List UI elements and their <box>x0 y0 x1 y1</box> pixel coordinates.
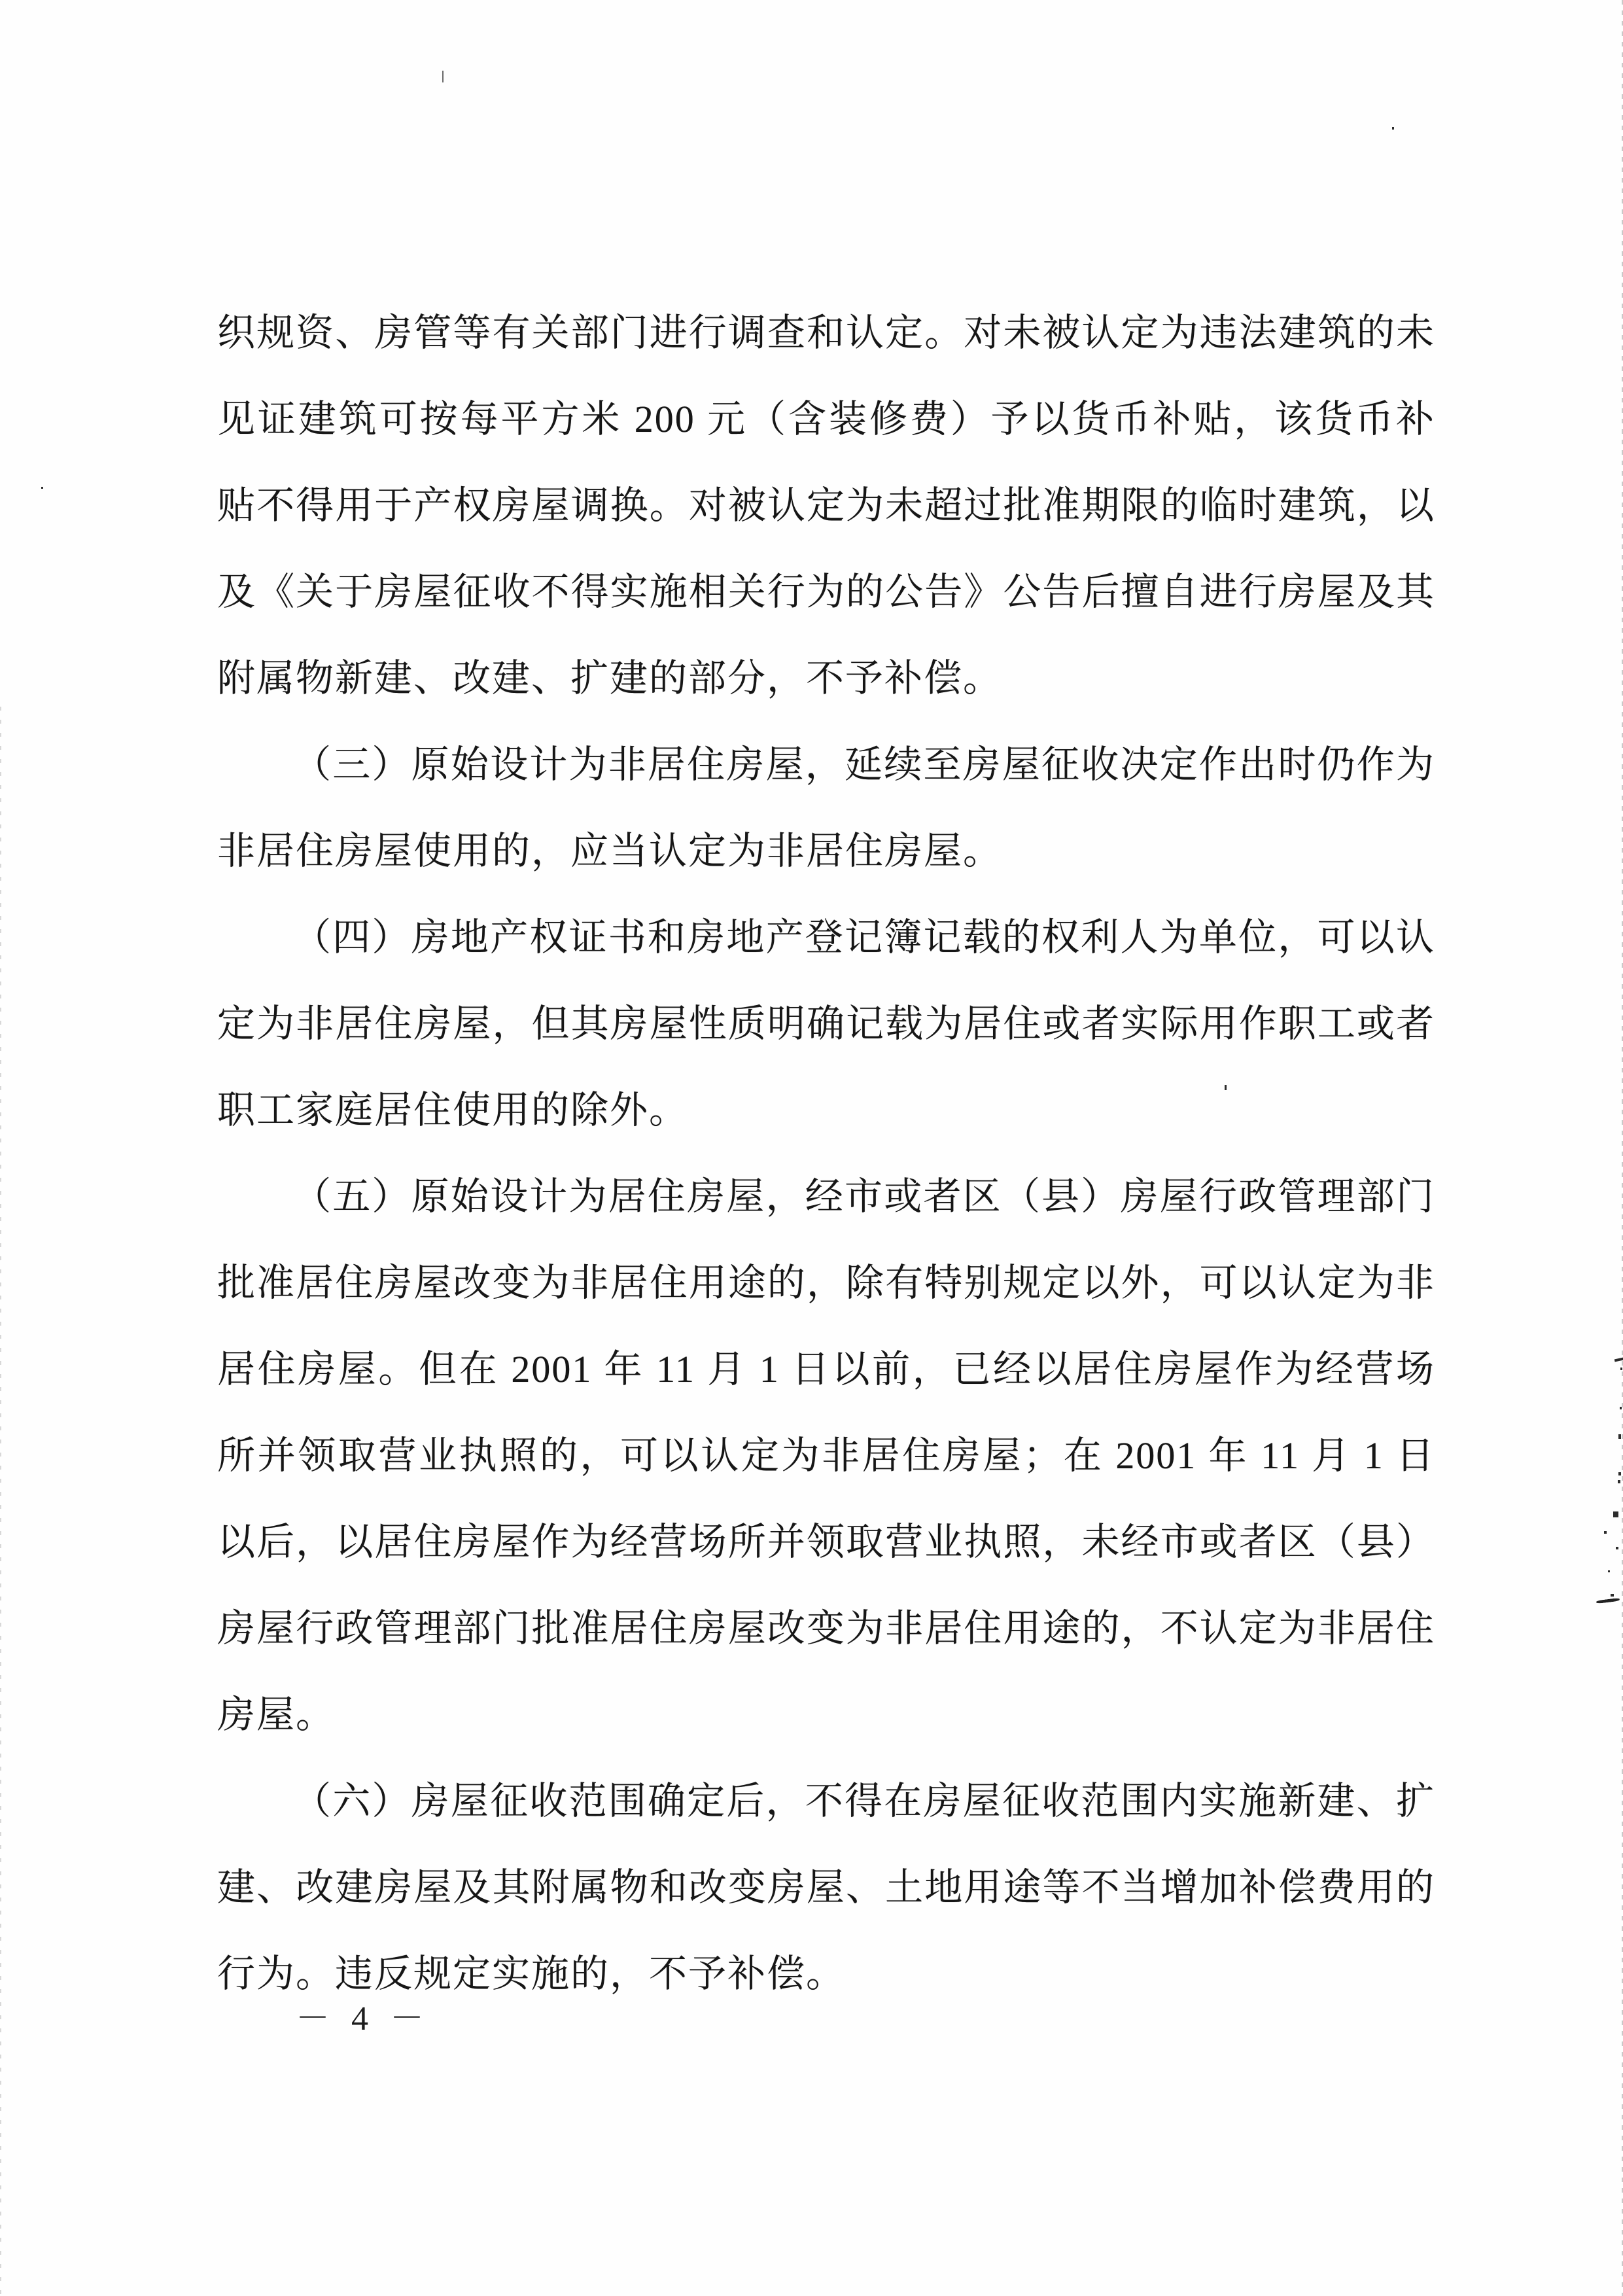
scan-artifact <box>1225 1085 1227 1090</box>
scan-artifact <box>1604 1531 1607 1534</box>
paragraph-item-5: （五）原始设计为居住房屋，经市或者区（县）房屋行政管理部门批准居住房屋改变为非居… <box>217 1154 1435 1758</box>
scan-artifact <box>1620 1368 1622 1370</box>
scan-artifact <box>442 71 444 82</box>
paragraph-item-3: （三）原始设计为非居住房屋，延续至房屋征收决定作出时仍作为非居住房屋使用的，应当… <box>217 722 1435 894</box>
scan-artifact <box>1392 127 1394 130</box>
body-text-block: 织规资、房管等有关部门进行调查和认定。对未被认定为违法建筑的未见证建筑可按每平方… <box>217 290 1435 2017</box>
paragraph-item-4: （四）房地产权证书和房地产登记簿记载的权利人为单位，可以认定为非居住房屋，但其房… <box>217 894 1435 1154</box>
scan-artifact <box>1611 1594 1614 1597</box>
paragraph-item-6: （六）房屋征收范围确定后，不得在房屋征收范围内实施新建、扩建、改建房屋及其附属物… <box>217 1758 1435 2017</box>
scanned-document-page: 织规资、房管等有关部门进行调查和认定。对未被认定为违法建筑的未见证建筑可按每平方… <box>0 0 1623 2296</box>
scan-artifact <box>1596 1598 1620 1604</box>
paragraph-continuation: 织规资、房管等有关部门进行调查和认定。对未被认定为违法建筑的未见证建筑可按每平方… <box>217 290 1435 722</box>
scan-artifact <box>1618 1472 1621 1475</box>
page-number: － 4 － <box>296 1990 430 2040</box>
scan-artifact <box>1618 1434 1621 1439</box>
scan-edge-line-left <box>0 707 1 2296</box>
scan-artifact <box>1616 1547 1618 1549</box>
scan-artifact <box>41 487 43 489</box>
scan-artifact <box>1608 1570 1610 1572</box>
scan-artifact <box>1613 1511 1618 1517</box>
scan-artifact <box>1620 1407 1622 1409</box>
scan-artifact <box>1618 1480 1620 1483</box>
